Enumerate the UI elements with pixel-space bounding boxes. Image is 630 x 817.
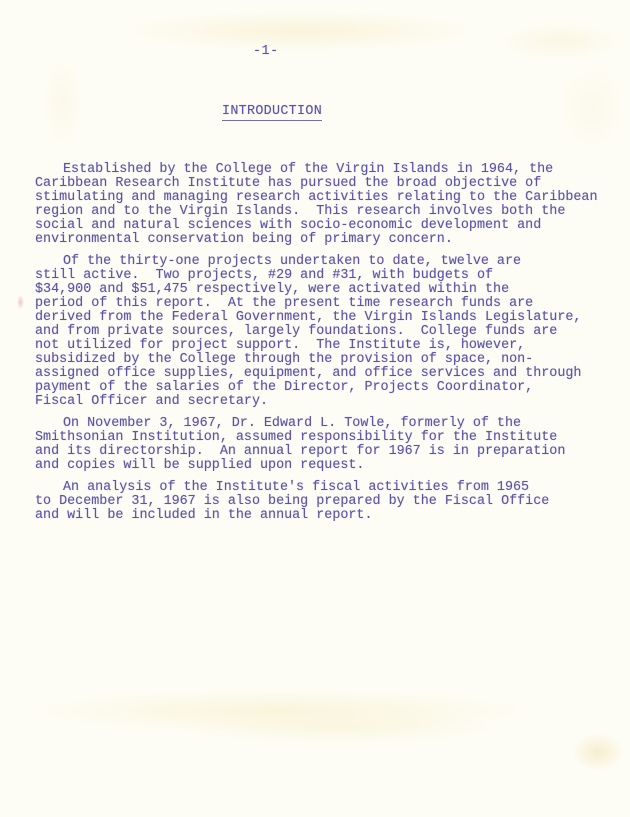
- paper-smudge: [495, 22, 625, 60]
- document-body: Established by the College of the Virgin…: [35, 163, 613, 531]
- paragraph-2: Of the thirty-one projects undertaken to…: [35, 255, 613, 409]
- paper-smudge: [25, 690, 535, 732]
- paragraph-3: On November 3, 1967, Dr. Edward L. Towle…: [35, 417, 613, 473]
- paper-smudge: [572, 733, 624, 771]
- paper-smudge: [175, 712, 505, 744]
- paper-smudge: [40, 55, 85, 150]
- paragraph-1: Established by the College of the Virgin…: [35, 163, 613, 247]
- document-heading: INTRODUCTION: [222, 104, 322, 121]
- paragraph-4: An analysis of the Institute's fiscal ac…: [35, 481, 613, 523]
- paper-mark: [17, 295, 24, 309]
- paper-smudge: [555, 60, 630, 155]
- paper-smudge: [115, 10, 485, 52]
- scanned-document-page: -1- INTRODUCTION Established by the Coll…: [0, 0, 630, 817]
- page-number: -1-: [253, 45, 279, 59]
